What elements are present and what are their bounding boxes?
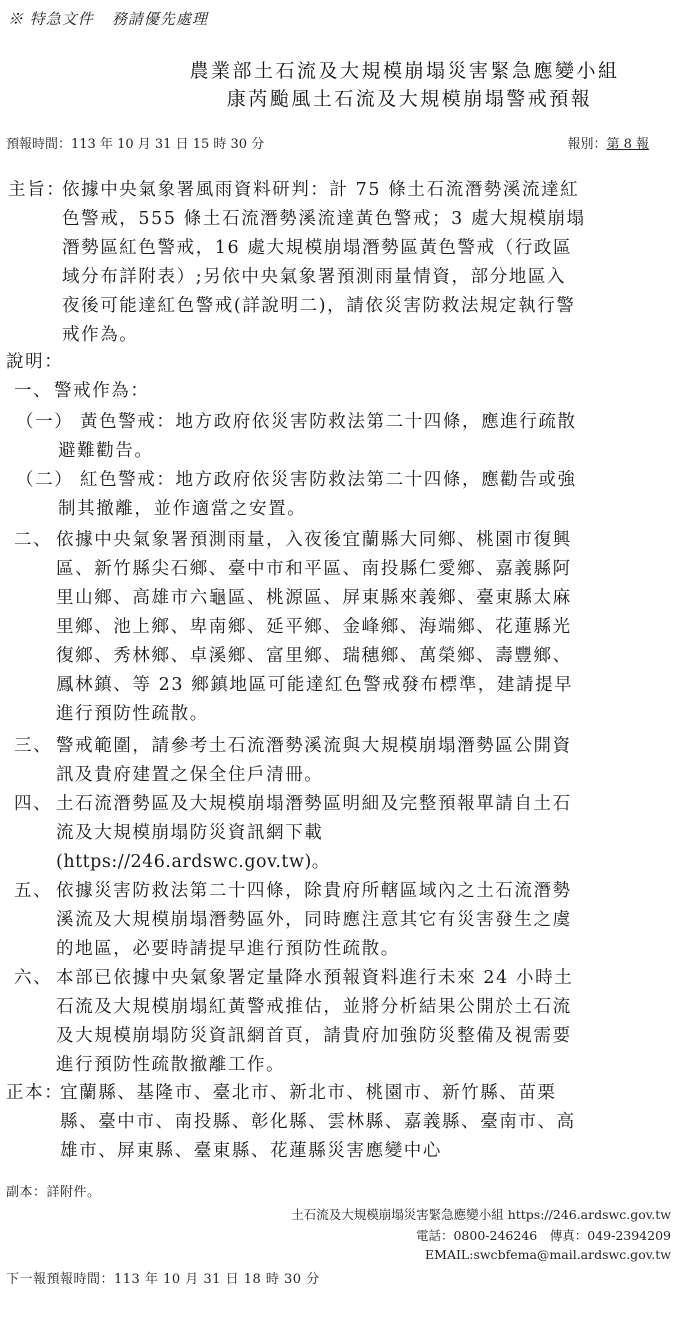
subject-line: 域分布詳附表）;另依中央氣象署預測雨量情資，部分地區入 xyxy=(62,267,566,287)
copy-recipients: 副本：詳附件。 xyxy=(6,1183,101,1203)
item-number: 一、 xyxy=(14,381,52,401)
item-line: 里鄉、池上鄉、卑南鄉、延平鄉、金峰鄉、海端鄉、花蓮縣光 xyxy=(56,617,572,637)
item-line: 里山鄉、高雄市六龜區、桃源區、屏東縣來義鄉、臺東縣太麻 xyxy=(56,588,572,608)
issue-value: 第 8 報 xyxy=(606,137,649,152)
item-line: 區、新竹縣尖石鄉、臺中市和平區、南投縣仁愛鄉、嘉義縣阿 xyxy=(56,559,572,579)
sub-item-number: （二） xyxy=(16,470,73,490)
subject-line: 潛勢區紅色警戒，16 處大規模崩塌潛勢區黃色警戒（行政區 xyxy=(62,238,572,258)
next-forecast-label: 下一報預報時間： xyxy=(6,1272,114,1287)
subject-line: 戒作為。 xyxy=(62,325,138,345)
issue-label: 報別： xyxy=(567,137,606,152)
sub-item-number: （一） xyxy=(16,412,73,432)
original-recipients-label: 正本： xyxy=(6,1083,63,1103)
copy-value: 詳附件。 xyxy=(47,1185,101,1200)
item-number: 六、 xyxy=(14,968,52,988)
document-title: 康芮颱風土石流及大規模崩塌警戒預報 xyxy=(0,84,679,111)
reference-mark: ※ xyxy=(8,10,24,28)
website-link[interactable]: (https://246.ardswc.gov.tw)。 xyxy=(56,852,330,872)
subject-line: 色警戒，555 條土石流潛勢溪流達黃色警戒；3 處大規模崩塌 xyxy=(62,209,586,229)
copy-label: 副本： xyxy=(6,1185,47,1200)
subject-line: 依據中央氣象署風雨資料研判：計 75 條土石流潛勢溪流達紅 xyxy=(62,180,579,200)
subject-line: 夜後可能達紅色警戒(詳說明二)，請依災害防救法規定執行警 xyxy=(62,296,575,316)
item-line: 本部已依據中央氣象署定量降水預報資料進行未來 24 小時土 xyxy=(56,968,573,988)
item-line: 依據災害防救法第二十四條，除貴府所轄區域內之土石流潛勢 xyxy=(56,881,572,901)
next-forecast-time: 下一報預報時間：113 年 10 月 31 日 18 時 30 分 xyxy=(6,1270,320,1290)
recipient-line: 雄市、屏東縣、臺東縣、花蓮縣災害應變中心 xyxy=(60,1141,442,1161)
phone-fax-line: 電話：0800-246246 傳真：049-2394209 xyxy=(416,1226,671,1244)
item-line: 復鄉、秀林鄉、卓溪鄉、富里鄉、瑞穗鄉、萬榮鄉、壽豐鄉、 xyxy=(56,646,572,666)
forecast-time-label: 預報時間： xyxy=(6,137,71,152)
item-number: 五、 xyxy=(14,881,52,901)
subject-label: 主旨： xyxy=(8,180,65,200)
forecast-time-value: 113 年 10 月 31 日 15 時 30 分 xyxy=(71,137,264,152)
item-line: 進行預防性疏散撤離工作。 xyxy=(56,1055,285,1075)
item-number: 三、 xyxy=(14,736,52,756)
explanation-label: 說明： xyxy=(6,352,63,372)
item-line: 石流及大規模崩塌紅黃警戒推估，並將分析結果公開於土石流 xyxy=(56,997,572,1017)
item-line: 進行預防性疏散。 xyxy=(56,704,209,724)
item-line: 土石流潛勢區及大規模崩塌潛勢區明細及完整預報單請自土石 xyxy=(56,794,572,814)
forecast-time: 預報時間：113 年 10 月 31 日 15 時 30 分 xyxy=(6,133,264,152)
urgent-label: 特急文件 xyxy=(30,10,94,28)
item-line: 黃色警戒：地方政府依災害防救法第二十四條，應進行疏散 xyxy=(80,412,577,432)
item-line: 警戒範圍，請參考土石流潛勢溪流與大規模崩塌潛勢區公開資 xyxy=(56,736,572,756)
email-line: EMAIL:swcbfema@mail.ardswc.gov.tw xyxy=(425,1247,671,1262)
item-number: 四、 xyxy=(14,794,52,814)
next-forecast-value: 113 年 10 月 31 日 18 時 30 分 xyxy=(114,1272,320,1287)
org-title: 農業部土石流及大規模崩塌災害緊急應變小組 xyxy=(0,56,679,83)
recipient-line: 縣、臺中市、南投縣、彰化縣、雲林縣、嘉義縣、臺南市、高 xyxy=(60,1112,576,1132)
item-line: 警戒作為： xyxy=(54,381,150,401)
item-line: 鳳林鎮、等 23 鄉鎮地區可能達紅色警戒發布標準，建請提早 xyxy=(56,675,573,695)
item-line: 紅色警戒：地方政府依災害防救法第二十四條，應勸告或強 xyxy=(80,470,577,490)
item-line: 避難勸告。 xyxy=(58,441,154,461)
item-line: 制其撤離，並作適當之安置。 xyxy=(58,499,306,519)
urgent-notice: ※ 特急文件務請優先處理 xyxy=(8,8,208,29)
item-line: 及大規模崩塌防災資訊網首頁，請貴府加強防災整備及視需要 xyxy=(56,1026,572,1046)
recipient-line: 宜蘭縣、基隆市、臺北市、新北市、桃園市、新竹縣、苗栗 xyxy=(60,1083,557,1103)
org-contact-line: 土石流及大規模崩塌災害緊急應變小組 https://246.ardswc.gov… xyxy=(291,1205,671,1223)
item-number: 二、 xyxy=(14,530,52,550)
issue-number: 報別：第 8 報 xyxy=(567,133,649,152)
priority-label: 務請優先處理 xyxy=(112,10,208,28)
item-line: 溪流及大規模崩塌潛勢區外，同時應注意其它有災害發生之虞 xyxy=(56,910,572,930)
item-line: 訊及貴府建置之保全住戶清冊。 xyxy=(56,765,323,785)
item-line: 依據中央氣象署預測雨量，入夜後宜蘭縣大同鄉、桃園市復興 xyxy=(56,530,572,550)
item-line: 的地區，必要時請提早進行預防性疏散。 xyxy=(56,939,400,959)
item-line: 流及大規模崩塌防災資訊網下載 xyxy=(56,823,323,843)
